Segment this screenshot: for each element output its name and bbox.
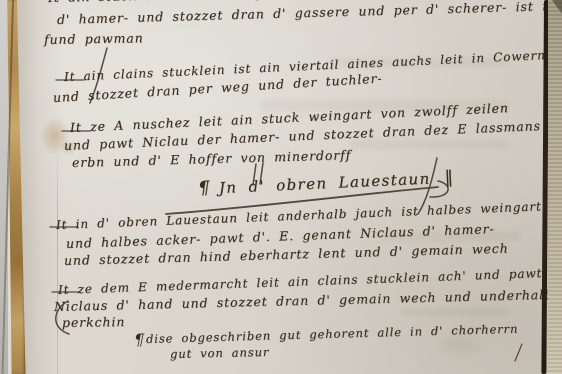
manuscript-line: gut von ansur — [170, 345, 270, 361]
fold-crease — [57, 150, 58, 374]
book-edge — [548, 0, 562, 374]
manuscript-photo: It ain stuck acker ist weingarten von ai… — [0, 0, 562, 374]
pilcrow-mark: ¶ — [134, 330, 144, 349]
heading-end-mark: ‖ — [444, 167, 455, 187]
pilcrow-mark: ¶ — [198, 177, 212, 199]
manuscript-line: perkchin — [62, 315, 125, 330]
manuscript-line: fund pawman — [44, 31, 144, 47]
